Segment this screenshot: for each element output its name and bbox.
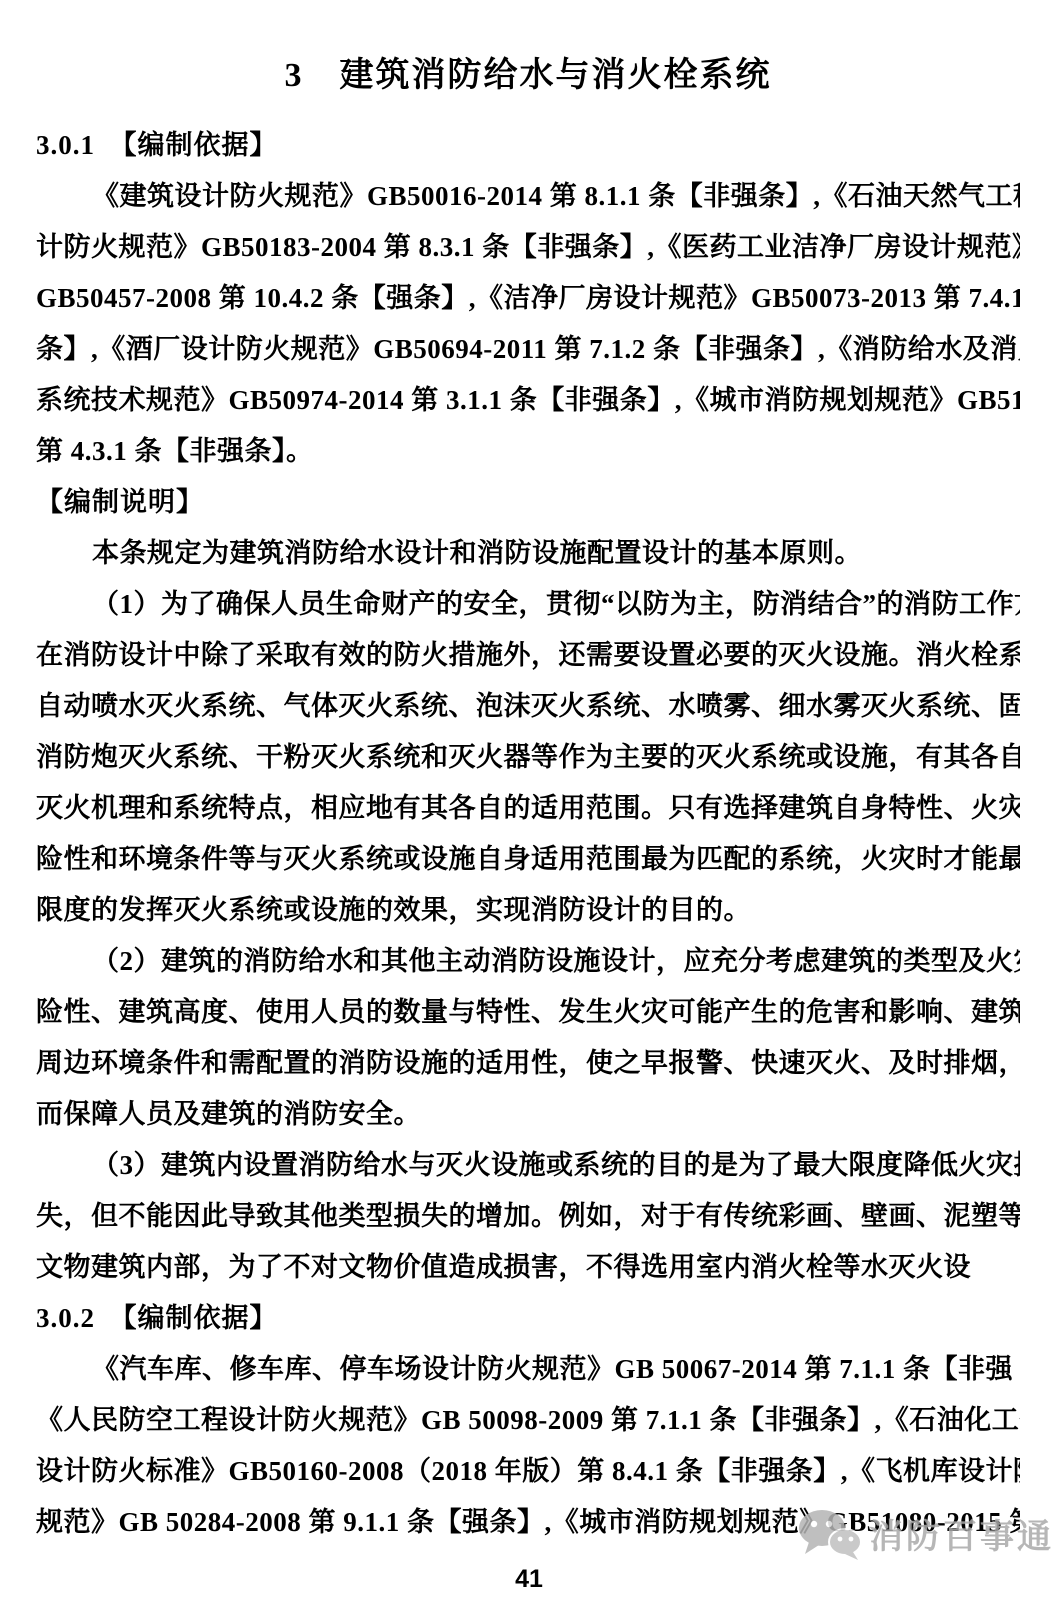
- text-line: GB50457-2008 第 10.4.2 条【强条】,《洁净厂房设计规范》GB…: [36, 273, 1020, 324]
- text-line: 灭火机理和系统特点，相应地有其各自的适用范围。只有选择建筑自身特性、火灾危: [36, 783, 1020, 834]
- text-line: 文物建筑内部，为了不对文物价值造成损害，不得选用室内消火栓等水灭火设施。: [36, 1242, 1020, 1293]
- text-line: 自动喷水灭火系统、气体灭火系统、泡沫灭火系统、水喷雾、细水雾灭火系统、固定: [36, 681, 1020, 732]
- text-line: 《汽车库、修车库、停车场设计防火规范》GB 50067-2014 第 7.1.1…: [36, 1344, 1020, 1395]
- page-number: 41: [0, 1565, 1058, 1594]
- text-line: 《人民防空工程设计防火规范》GB 50098-2009 第 7.1.1 条【非强…: [36, 1395, 1020, 1446]
- text-line: 第 4.3.1 条【非强条】。: [36, 426, 1020, 477]
- note-heading: 【编制说明】: [36, 477, 1020, 528]
- text-line: 消防炮灭火系统、干粉灭火系统和灭火器等作为主要的灭火系统或设施，有其各自的: [36, 732, 1020, 783]
- text-line: 而保障人员及建筑的消防安全。: [36, 1089, 1020, 1140]
- document-page: 3 建筑消防给水与消火栓系统 3.0.1 【编制依据】 《建筑设计防火规范》GB…: [0, 0, 1058, 1600]
- text-line: 本条规定为建筑消防给水设计和消防设施配置设计的基本原则。: [36, 528, 1020, 579]
- paragraph-item-3: （3）建筑内设置消防给水与灭火设施或系统的目的是为了最大限度降低火灾损 失，但不…: [36, 1140, 1020, 1293]
- text-line: 限度的发挥灭火系统或设施的效果，实现消防设计的目的。: [36, 885, 1020, 936]
- text-line: 系统技术规范》GB50974-2014 第 3.1.1 条【非强条】,《城市消防…: [36, 375, 1020, 426]
- text-line: 设计防火标准》GB50160-2008（2018 年版）第 8.4.1 条【非强…: [36, 1446, 1020, 1497]
- clause-3-0-1: 3.0.1 【编制依据】: [36, 120, 1020, 171]
- clause-3-0-2: 3.0.2 【编制依据】: [36, 1293, 1020, 1344]
- clause-heading: 3.0.2 【编制依据】: [36, 1293, 1020, 1344]
- text-line: 规范》GB 50284-2008 第 9.1.1 条【强条】,《城市消防规划规范…: [36, 1497, 1020, 1548]
- text-line: （3）建筑内设置消防给水与灭火设施或系统的目的是为了最大限度降低火灾损: [36, 1140, 1020, 1191]
- text-line: （2）建筑的消防给水和其他主动消防设施设计，应充分考虑建筑的类型及火灾危: [36, 936, 1020, 987]
- text-line: 失，但不能因此导致其他类型损失的增加。例如，对于有传统彩画、壁画、泥塑等的: [36, 1191, 1020, 1242]
- text-line: 险性和环境条件等与灭火系统或设施自身适用范围最为匹配的系统，火灾时才能最大: [36, 834, 1020, 885]
- paragraph-note-intro: 本条规定为建筑消防给水设计和消防设施配置设计的基本原则。: [36, 528, 1020, 579]
- note-heading-block: 【编制说明】: [36, 477, 1020, 528]
- paragraph-basis-301: 《建筑设计防火规范》GB50016-2014 第 8.1.1 条【非强条】,《石…: [36, 171, 1020, 477]
- document-content: 3 建筑消防给水与消火栓系统 3.0.1 【编制依据】 《建筑设计防火规范》GB…: [0, 0, 1058, 1548]
- clause-heading: 3.0.1 【编制依据】: [36, 120, 1020, 171]
- text-line: 计防火规范》GB50183-2004 第 8.3.1 条【非强条】,《医药工业洁…: [36, 222, 1020, 273]
- page-title: 3 建筑消防给水与消火栓系统: [36, 42, 1020, 110]
- text-line: 《建筑设计防火规范》GB50016-2014 第 8.1.1 条【非强条】,《石…: [36, 171, 1020, 222]
- text-line: 在消防设计中除了采取有效的防火措施外，还需要设置必要的灭火设施。消火栓系统、: [36, 630, 1020, 681]
- paragraph-item-2: （2）建筑的消防给水和其他主动消防设施设计，应充分考虑建筑的类型及火灾危 险性、…: [36, 936, 1020, 1140]
- paragraph-basis-302: 《汽车库、修车库、停车场设计防火规范》GB 50067-2014 第 7.1.1…: [36, 1344, 1020, 1548]
- text-line: 条】,《酒厂设计防火规范》GB50694-2011 第 7.1.2 条【非强条】…: [36, 324, 1020, 375]
- text-line: 周边环境条件和需配置的消防设施的适用性，使之早报警、快速灭火、及时排烟，从: [36, 1038, 1020, 1089]
- text-line: （1）为了确保人员生命财产的安全，贯彻“以防为主，防消结合”的消防工作方针，: [36, 579, 1020, 630]
- text-line: 险性、建筑高度、使用人员的数量与特性、发生火灾可能产生的危害和影响、建筑的: [36, 987, 1020, 1038]
- paragraph-item-1: （1）为了确保人员生命财产的安全，贯彻“以防为主，防消结合”的消防工作方针， 在…: [36, 579, 1020, 936]
